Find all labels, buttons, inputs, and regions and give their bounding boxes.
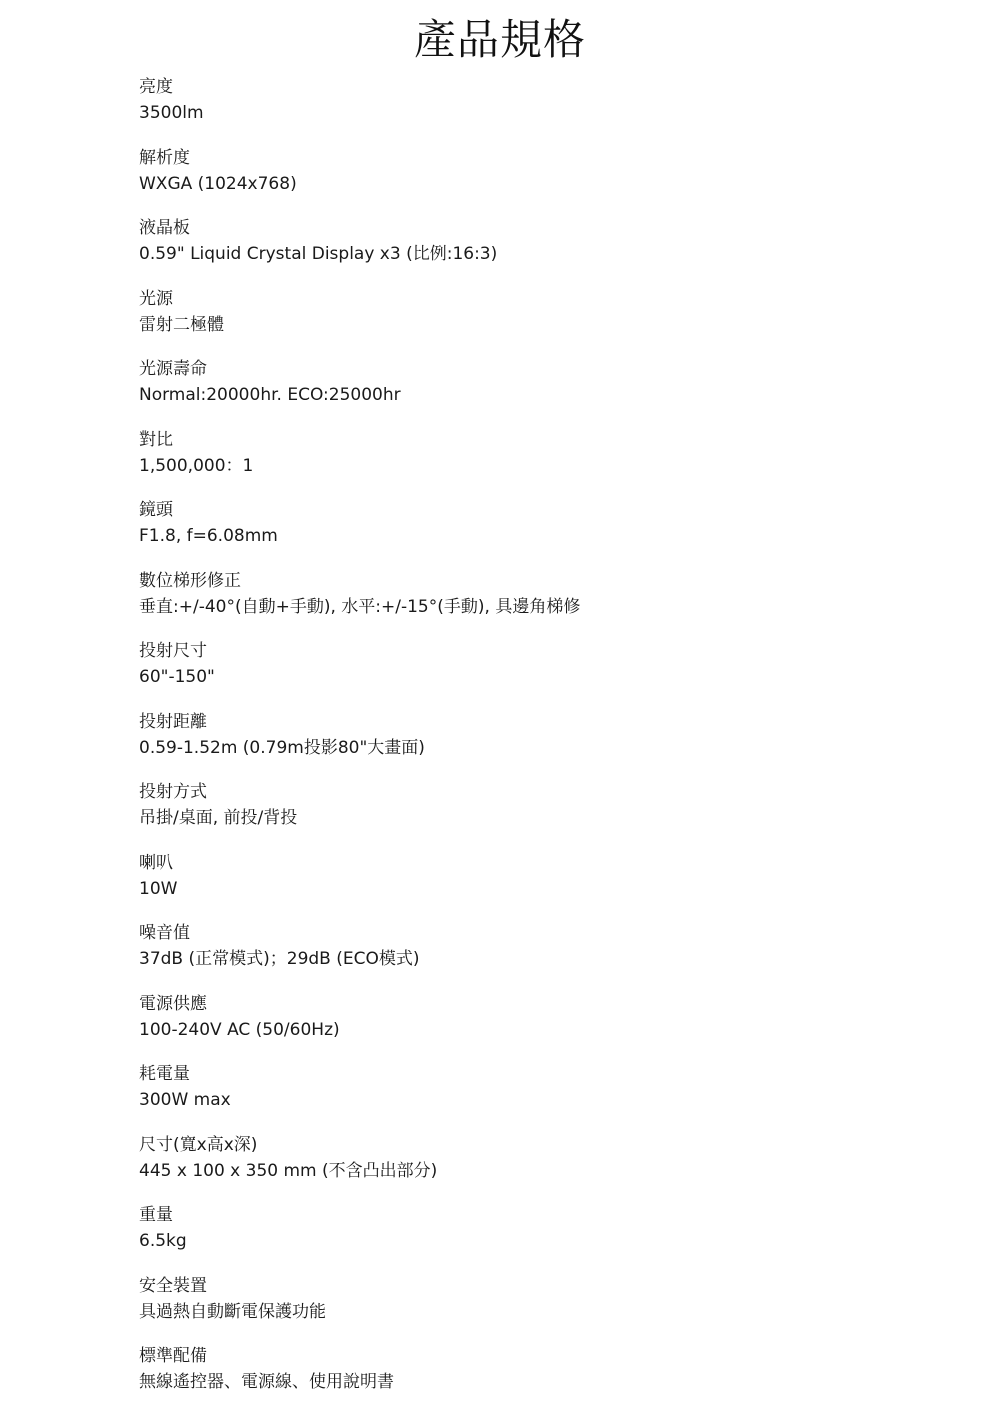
spec-value: 100-240V AC (50/60Hz) [139,1017,939,1043]
spec-value: F1.8, f=6.08mm [139,523,939,549]
spec-label: 投射方式 [139,779,939,805]
spec-item-light-life: 光源壽命 Normal:20000hr. ECO:25000hr [139,356,939,427]
spec-label: 光源壽命 [139,356,939,382]
spec-label: 光源 [139,286,939,312]
spec-item-keystone: 數位梯形修正 垂直:+/-40°(自動+手動), 水平:+/-15°(手動), … [139,568,939,639]
spec-label: 投射距離 [139,709,939,735]
spec-label: 標準配備 [139,1343,939,1369]
spec-value: 雷射二極體 [139,312,939,338]
spec-label: 數位梯形修正 [139,568,939,594]
spec-label: 投射尺寸 [139,638,939,664]
spec-item-safety: 安全裝置 具過熱自動斷電保護功能 [139,1273,939,1344]
spec-item-noise: 噪音值 37dB (正常模式)；29dB (ECO模式) [139,920,939,991]
spec-value: 垂直:+/-40°(自動+手動), 水平:+/-15°(手動), 具邊角梯修 [139,594,939,620]
spec-item-lens: 鏡頭 F1.8, f=6.08mm [139,497,939,568]
spec-value: 具過熱自動斷電保護功能 [139,1299,939,1325]
spec-value: 1,500,000：1 [139,453,939,479]
spec-value: 300W max [139,1087,939,1113]
spec-label: 尺寸(寬x高x深) [139,1132,939,1158]
spec-value: 6.5kg [139,1228,939,1254]
spec-value: 無線遙控器、電源線、使用說明書 [139,1369,939,1395]
spec-item-brightness: 亮度 3500lm [139,74,939,145]
spec-item-weight: 重量 6.5kg [139,1202,939,1273]
spec-value: WXGA (1024x768) [139,171,939,197]
spec-label: 噪音值 [139,920,939,946]
spec-label: 鏡頭 [139,497,939,523]
spec-item-projection-size: 投射尺寸 60"-150" [139,638,939,709]
spec-value: 445 x 100 x 350 mm (不含凸出部分) [139,1158,939,1184]
spec-label: 安全裝置 [139,1273,939,1299]
spec-value: 吊掛/桌面, 前投/背投 [139,805,939,831]
spec-item-power-supply: 電源供應 100-240V AC (50/60Hz) [139,991,939,1062]
spec-item-power-consumption: 耗電量 300W max [139,1061,939,1132]
spec-item-contrast: 對比 1,500,000：1 [139,427,939,498]
spec-value: 3500lm [139,100,939,126]
spec-value: 60"-150" [139,664,939,690]
spec-item-speaker: 喇叭 10W [139,850,939,921]
spec-value: 10W [139,876,939,902]
spec-item-dimensions: 尺寸(寬x高x深) 445 x 100 x 350 mm (不含凸出部分) [139,1132,939,1203]
spec-value: 37dB (正常模式)；29dB (ECO模式) [139,946,939,972]
spec-label: 耗電量 [139,1061,939,1087]
spec-value: 0.59-1.52m (0.79m投影80"大畫面) [139,735,939,761]
spec-list: 亮度 3500lm 解析度 WXGA (1024x768) 液晶板 0.59" … [139,74,939,1414]
spec-label: 重量 [139,1202,939,1228]
spec-item-lcd-panel: 液晶板 0.59" Liquid Crystal Display x3 (比例:… [139,215,939,286]
spec-item-light-source: 光源 雷射二極體 [139,286,939,357]
spec-label: 喇叭 [139,850,939,876]
spec-item-projection-distance: 投射距離 0.59-1.52m (0.79m投影80"大畫面) [139,709,939,780]
spec-value: Normal:20000hr. ECO:25000hr [139,382,939,408]
spec-label: 解析度 [139,145,939,171]
spec-value: 0.59" Liquid Crystal Display x3 (比例:16:3… [139,241,939,267]
page-title: 產品規格 [0,12,1000,68]
spec-label: 液晶板 [139,215,939,241]
spec-label: 對比 [139,427,939,453]
spec-item-projection-mode: 投射方式 吊掛/桌面, 前投/背投 [139,779,939,850]
spec-item-accessories: 標準配備 無線遙控器、電源線、使用說明書 [139,1343,939,1414]
spec-item-resolution: 解析度 WXGA (1024x768) [139,145,939,216]
spec-label: 電源供應 [139,991,939,1017]
spec-label: 亮度 [139,74,939,100]
